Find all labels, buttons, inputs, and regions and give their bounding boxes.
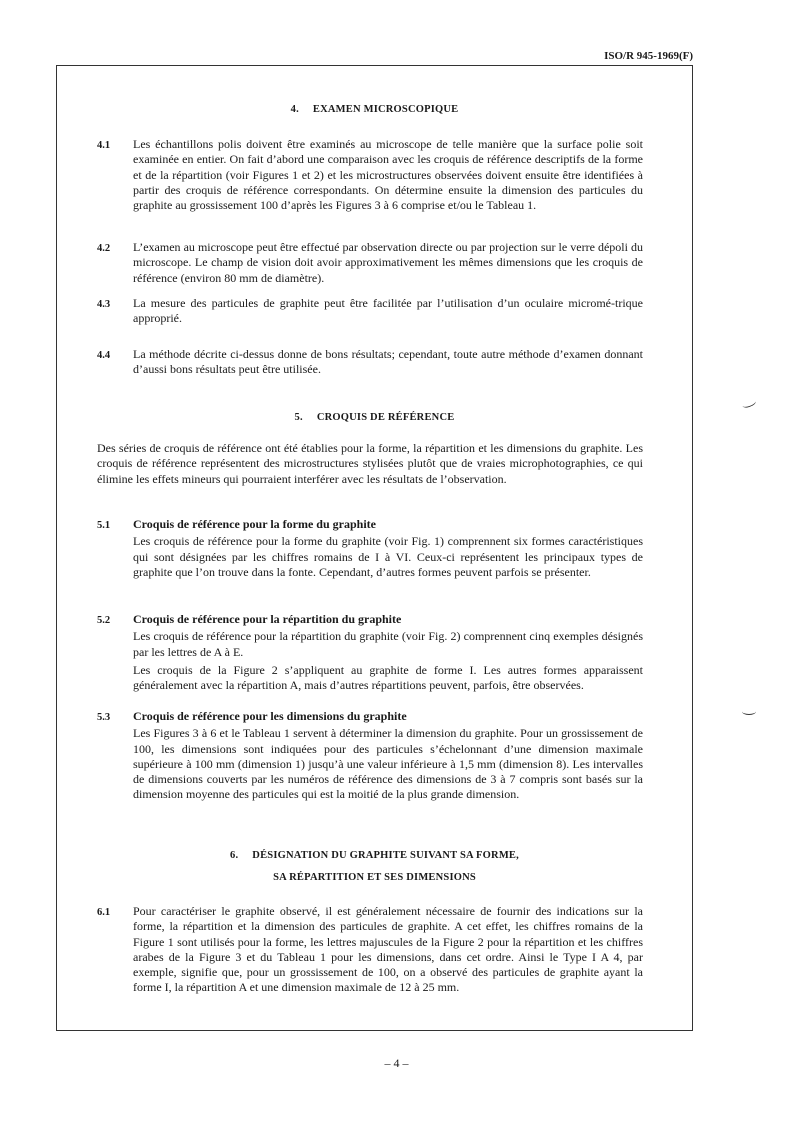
paragraph-5-2: 5.2 Croquis de référence pour la réparti… xyxy=(133,612,643,693)
paragraph-text: L’examen au microscope peut être effectu… xyxy=(133,240,643,286)
paragraph-text: Des séries de croquis de référence ont é… xyxy=(97,441,643,487)
section-5-intro: Des séries de croquis de référence ont é… xyxy=(97,441,643,487)
paragraph-number: 6.1 xyxy=(97,905,110,920)
paragraph-number: 5.2 xyxy=(97,613,110,628)
paragraph-number: 4.4 xyxy=(97,348,110,363)
section-number: 5. xyxy=(295,412,303,423)
paragraph-number: 5.3 xyxy=(97,710,110,725)
paragraph-text: Pour caractériser le graphite observé, i… xyxy=(133,904,643,996)
paragraph-text: Les croquis de référence pour la forme d… xyxy=(133,534,643,580)
paragraph-6-1: 6.1 Pour caractériser le graphite observ… xyxy=(133,904,643,996)
paragraph-5-3: 5.3 Croquis de référence pour les dimens… xyxy=(133,709,643,803)
page-number: – 4 – xyxy=(0,1056,793,1071)
paragraph-text-2: Les croquis de la Figure 2 s’appliquent … xyxy=(133,663,643,694)
section-title: CROQUIS DE RÉFÉRENCE xyxy=(317,412,455,423)
paragraph-text: Les croquis de référence pour la réparti… xyxy=(133,629,643,660)
paragraph-4-4: 4.4 La méthode décrite ci-dessus donne d… xyxy=(133,347,643,378)
section-6-heading-line2: SA RÉPARTITION ET SES DIMENSIONS xyxy=(56,872,693,883)
section-title: EXAMEN MICROSCOPIQUE xyxy=(313,104,458,115)
section-title-line2: SA RÉPARTITION ET SES DIMENSIONS xyxy=(273,872,476,883)
paragraph-4-2: 4.2 L’examen au microscope peut être eff… xyxy=(133,240,643,286)
section-number: 4. xyxy=(291,104,299,115)
section-number: 6. xyxy=(230,850,238,861)
section-6-heading: 6.DÉSIGNATION DU GRAPHITE SUIVANT SA FOR… xyxy=(56,850,693,861)
margin-mark xyxy=(742,708,756,715)
subsection-title: Croquis de référence pour la répartition… xyxy=(133,612,643,627)
paragraph-number: 4.3 xyxy=(97,297,110,312)
paragraph-number: 5.1 xyxy=(97,518,110,533)
paragraph-text: Les échantillons polis doivent être exam… xyxy=(133,137,643,213)
section-5-heading: 5.CROQUIS DE RÉFÉRENCE xyxy=(56,412,693,423)
document-code: ISO/R 945-1969(F) xyxy=(604,50,693,62)
paragraph-4-1: 4.1 Les échantillons polis doivent être … xyxy=(133,137,643,213)
paragraph-text: La mesure des particules de graphite peu… xyxy=(133,296,643,327)
paragraph-4-3: 4.3 La mesure des particules de graphite… xyxy=(133,296,643,327)
paragraph-number: 4.2 xyxy=(97,241,110,256)
paragraph-text: Les Figures 3 à 6 et le Tableau 1 serven… xyxy=(133,726,643,802)
subsection-title: Croquis de référence pour les dimensions… xyxy=(133,709,643,724)
section-4-heading: 4.EXAMEN MICROSCOPIQUE xyxy=(56,104,693,115)
margin-mark xyxy=(741,398,757,409)
subsection-title: Croquis de référence pour la forme du gr… xyxy=(133,517,643,532)
paragraph-number: 4.1 xyxy=(97,138,110,153)
paragraph-text: La méthode décrite ci-dessus donne de bo… xyxy=(133,347,643,378)
paragraph-5-1: 5.1 Croquis de référence pour la forme d… xyxy=(133,517,643,580)
section-title-line1: DÉSIGNATION DU GRAPHITE SUIVANT SA FORME… xyxy=(252,850,519,861)
